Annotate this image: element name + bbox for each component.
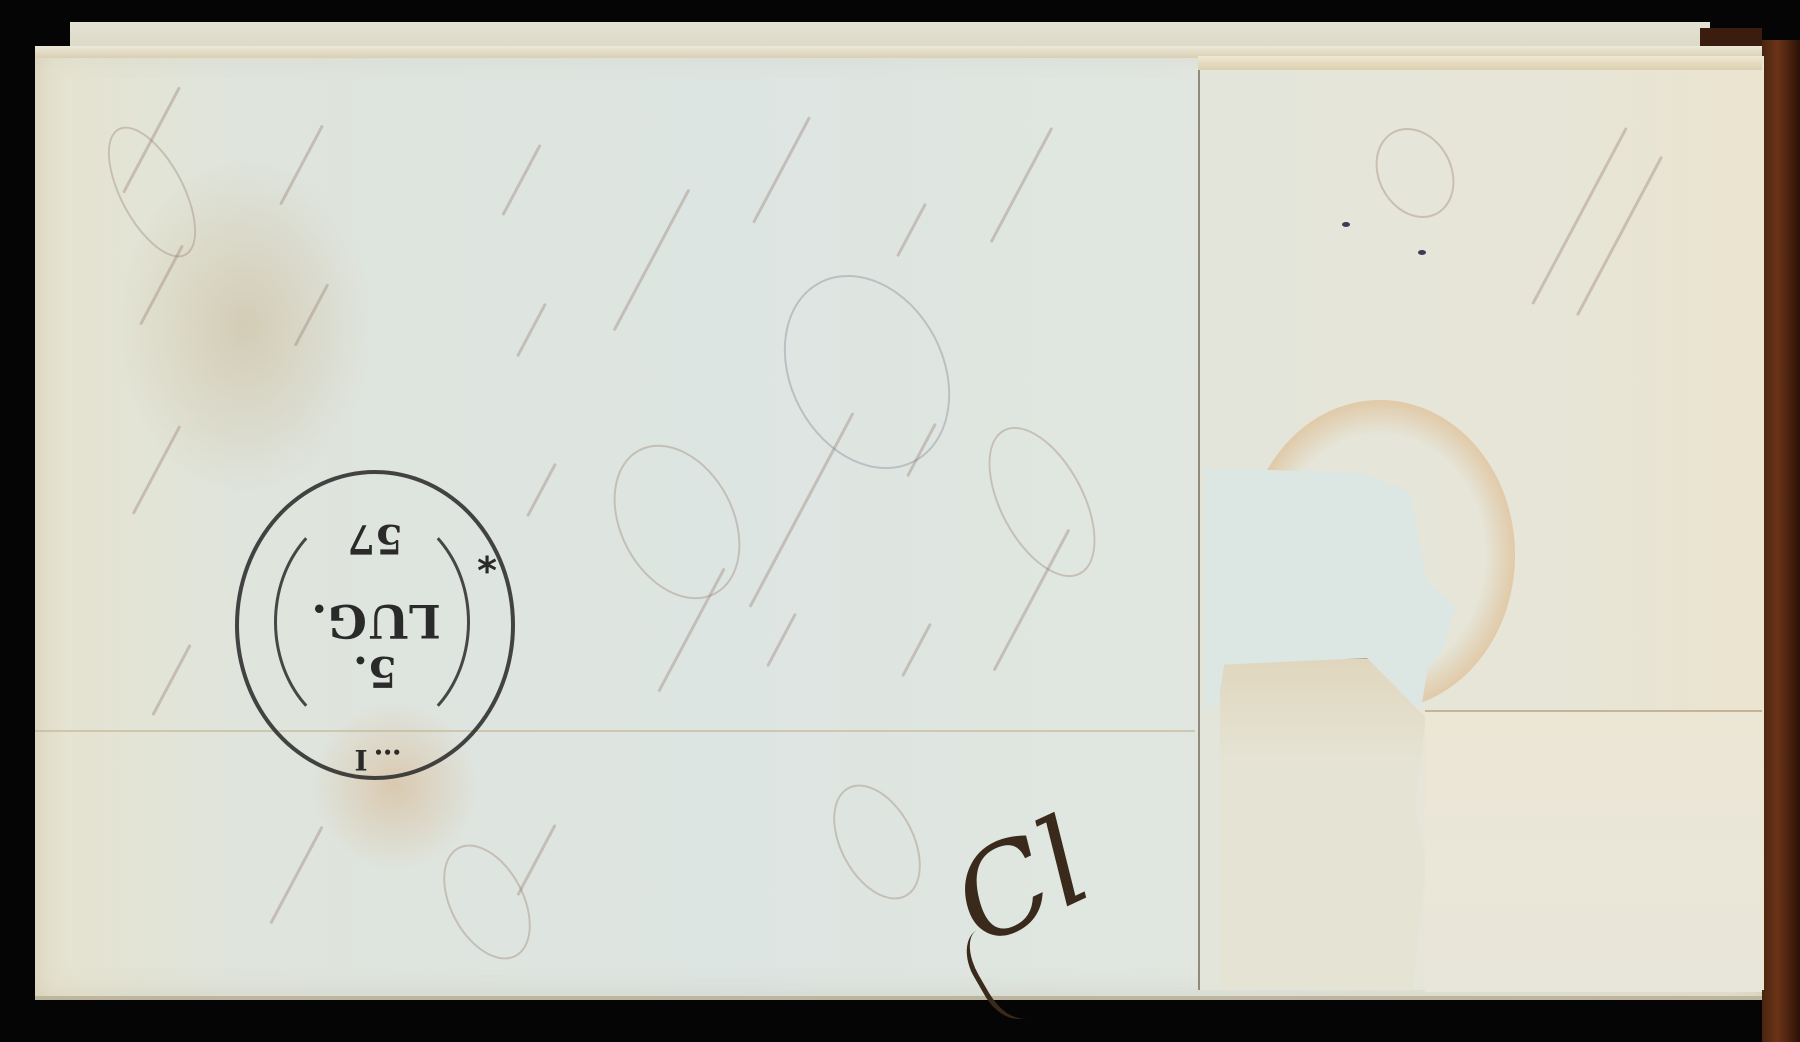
postmark-year: 57: [235, 515, 515, 562]
lower-flap-fragment: [1220, 658, 1430, 989]
flap-faint-script: [1198, 56, 1762, 456]
ink-speck: [1342, 222, 1350, 227]
postmark-town: …I: [235, 743, 515, 776]
postmark: …I * 5. LUG. 57: [235, 470, 515, 780]
postmark-month: LUG.: [235, 594, 515, 648]
mount-edge: [1762, 40, 1800, 1042]
postmark-day: 5.: [235, 647, 515, 696]
lower-right-panel: [1425, 710, 1762, 992]
ink-speck: [1418, 250, 1426, 255]
